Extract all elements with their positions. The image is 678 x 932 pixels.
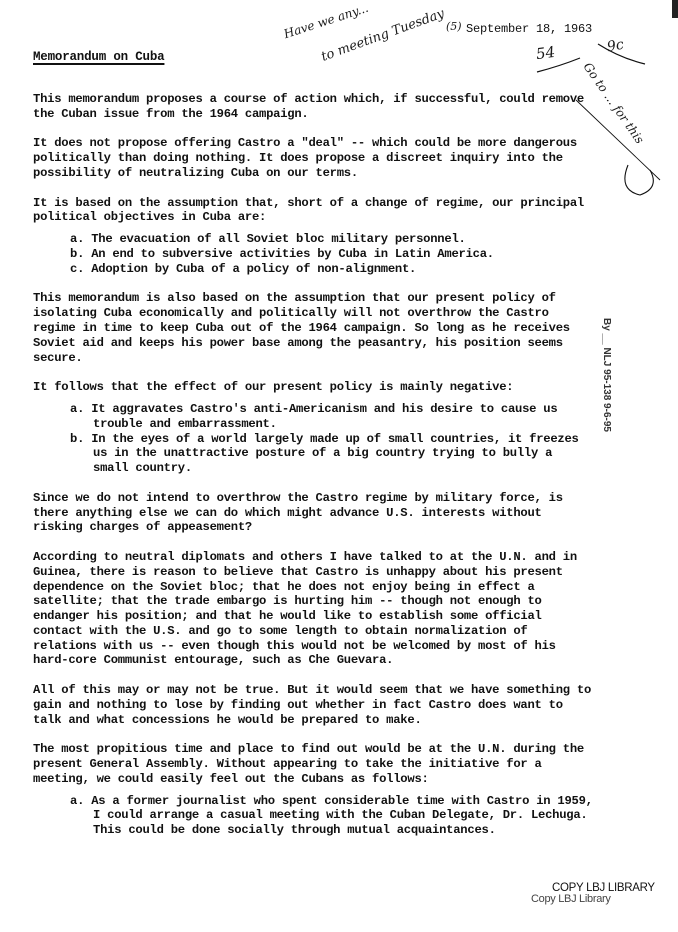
memo-body: This memorandum proposes a course of act… [33,92,593,853]
memo-title: Memorandum on Cuba [33,50,164,64]
paragraph-something-to-gain: All of this may or may not be true. But … [33,683,593,727]
scan-edge-mark [672,0,678,18]
step-item: a. As a former journalist who spent cons… [70,794,593,838]
handwritten-circled-mark: (5) [446,20,462,33]
library-stamp-faint: Copy LBJ Library [531,893,611,905]
paragraph-propitious-time: The most propitious time and place to fi… [33,742,593,786]
handwritten-number: 54 [535,43,556,63]
paragraph-assumption: It is based on the assumption that, shor… [33,196,593,226]
handwritten-margin-note: Go to ... for this [581,60,678,199]
steps-list: a. As a former journalist who spent cons… [33,794,593,838]
paragraph-not-a-deal: It does not propose offering Castro a "d… [33,136,593,180]
paragraph-purpose: This memorandum proposes a course of act… [33,92,593,122]
handwritten-corner-note: 9c [606,37,625,56]
effects-list: a. It aggravates Castro's anti-Americani… [33,402,593,476]
memo-page: Have we any... to meeting Tuesday (5) 54… [0,0,678,932]
effect-item: b. In the eyes of a world largely made u… [70,432,593,476]
paragraph-negative-effect: It follows that the effect of our presen… [33,380,593,395]
objective-item: b. An end to subversive activities by Cu… [70,247,593,262]
declassification-stamp: By __ NLJ 95-138 9-6-95 [601,318,612,432]
paragraph-diplomats: According to neutral diplomats and other… [33,550,593,668]
paragraph-question: Since we do not intend to overthrow the … [33,491,593,535]
handwritten-note-top: Have we any... [282,1,370,42]
paragraph-present-policy: This memorandum is also based on the ass… [33,291,593,365]
memo-date: September 18, 1963 [466,22,592,36]
effect-item: a. It aggravates Castro's anti-Americani… [70,402,593,432]
objective-item: a. The evacuation of all Soviet bloc mil… [70,232,593,247]
objectives-list: a. The evacuation of all Soviet bloc mil… [33,232,593,276]
objective-item: c. Adoption by Cuba of a policy of non-a… [70,262,593,277]
